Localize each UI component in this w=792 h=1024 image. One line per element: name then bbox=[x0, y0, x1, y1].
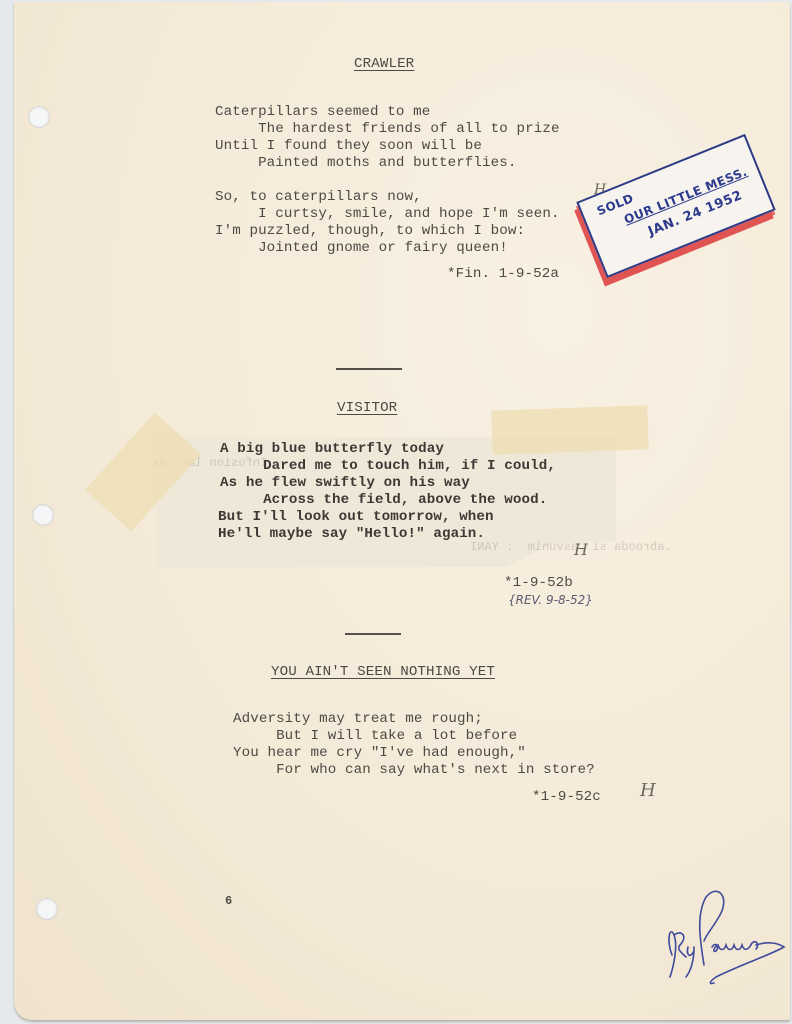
poem-code: *Fin. 1-9-52a bbox=[447, 266, 559, 283]
poem-line: Dared me to touch him, if I could, bbox=[220, 458, 556, 475]
punch-hole bbox=[32, 504, 54, 526]
poem-line: Jointed gnome or fairy queen! bbox=[215, 240, 508, 257]
punch-hole bbox=[28, 106, 50, 128]
tape-strip bbox=[491, 405, 648, 454]
poem-line: I'm puzzled, though, to which I bow: bbox=[215, 223, 525, 240]
poem-title-visitor: VISITOR bbox=[337, 400, 397, 417]
revision-note: {REV. 9-8-52} bbox=[508, 593, 593, 607]
poem-line: A big blue butterfly today bbox=[220, 441, 444, 458]
punch-hole bbox=[36, 898, 58, 920]
section-divider bbox=[345, 633, 401, 635]
poem-line: Across the field, above the wood. bbox=[220, 492, 547, 509]
page-number: 6 bbox=[225, 893, 232, 910]
poem-line: You hear me cry "I've had enough," bbox=[233, 745, 526, 762]
poem-line: I curtsy, smile, and hope I'm seen. bbox=[215, 206, 560, 223]
poem-title-you-aint-seen-nothing-yet: YOU AIN'T SEEN NOTHING YET bbox=[271, 664, 495, 681]
show-through-text: .abrooda si ,asvunim : YANI bbox=[470, 540, 672, 554]
poem-line: Until I found they soon will be bbox=[215, 138, 482, 155]
poem-line: So, to caterpillars now, bbox=[215, 189, 422, 206]
initials-mark: H bbox=[574, 540, 588, 559]
poem-line: The hardest friends of all to prize bbox=[215, 121, 560, 138]
signature bbox=[660, 885, 790, 990]
poem-line: Adversity may treat me rough; bbox=[233, 711, 483, 728]
poem-line: But I'll look out tomorrow, when bbox=[218, 509, 494, 526]
initials-mark: H bbox=[640, 780, 656, 801]
poem-line: But I will take a lot before bbox=[233, 728, 517, 745]
poem-line: Painted moths and butterflies. bbox=[215, 155, 517, 172]
poem-line: For who can say what's next in store? bbox=[233, 762, 595, 779]
poem-title-crawler: CRAWLER bbox=[354, 56, 414, 73]
poem-code: *1-9-52b bbox=[504, 575, 573, 592]
poem-code: *1-9-52c bbox=[532, 789, 601, 806]
poem-line: As he flew swiftly on his way bbox=[220, 475, 470, 492]
poem-line: He'll maybe say "Hello!" again. bbox=[218, 526, 485, 543]
poem-line: Caterpillars seemed to me bbox=[215, 104, 430, 121]
section-divider bbox=[336, 368, 402, 370]
